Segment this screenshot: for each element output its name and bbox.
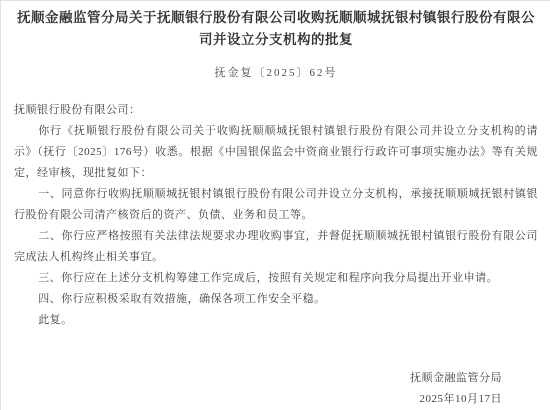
- paragraph-item-4: 四、你行应积极采取有效措施，确保各项工作安全平稳。: [14, 289, 538, 310]
- paragraph-item-2: 二、你行应严格按照有关法律法规要求办理收购事宜，并督促抚顺顺城抚银村镇银行股份有…: [14, 226, 538, 268]
- closing-phrase: 此复。: [14, 310, 538, 331]
- issue-date: 2025年10月17日: [14, 389, 502, 410]
- approval-document-page: 抚顺金融监管分局关于抚顺银行股份有限公司收购抚顺顺城抚银村镇银行股份有限公司并设…: [0, 0, 550, 410]
- issuer-signature: 抚顺金融监管分局: [14, 368, 502, 389]
- paragraph-item-3: 三、你行应在上述分支机构筹建工作完成后，按照有关规定和程序向我分局提出开业申请。: [14, 268, 538, 289]
- signature-block: 抚顺金融监管分局 2025年10月17日: [14, 368, 538, 410]
- salutation: 抚顺银行股份有限公司：: [14, 100, 538, 121]
- paragraph-item-1: 一、同意你行收购抚顺顺城抚银村镇银行股份有限公司并设立分支机构，承接抚顺顺城抚银…: [14, 184, 538, 226]
- document-title: 抚顺金融监管分局关于抚顺银行股份有限公司收购抚顺顺城抚银村镇银行股份有限公司并设…: [14, 7, 538, 51]
- paragraph-intro: 你行《抚顺银行股份有限公司关于收购抚顺顺城抚银村镇银行股份有限公司并设立分支机构…: [14, 121, 538, 184]
- document-number: 抚金复〔2025〕62号: [14, 63, 538, 84]
